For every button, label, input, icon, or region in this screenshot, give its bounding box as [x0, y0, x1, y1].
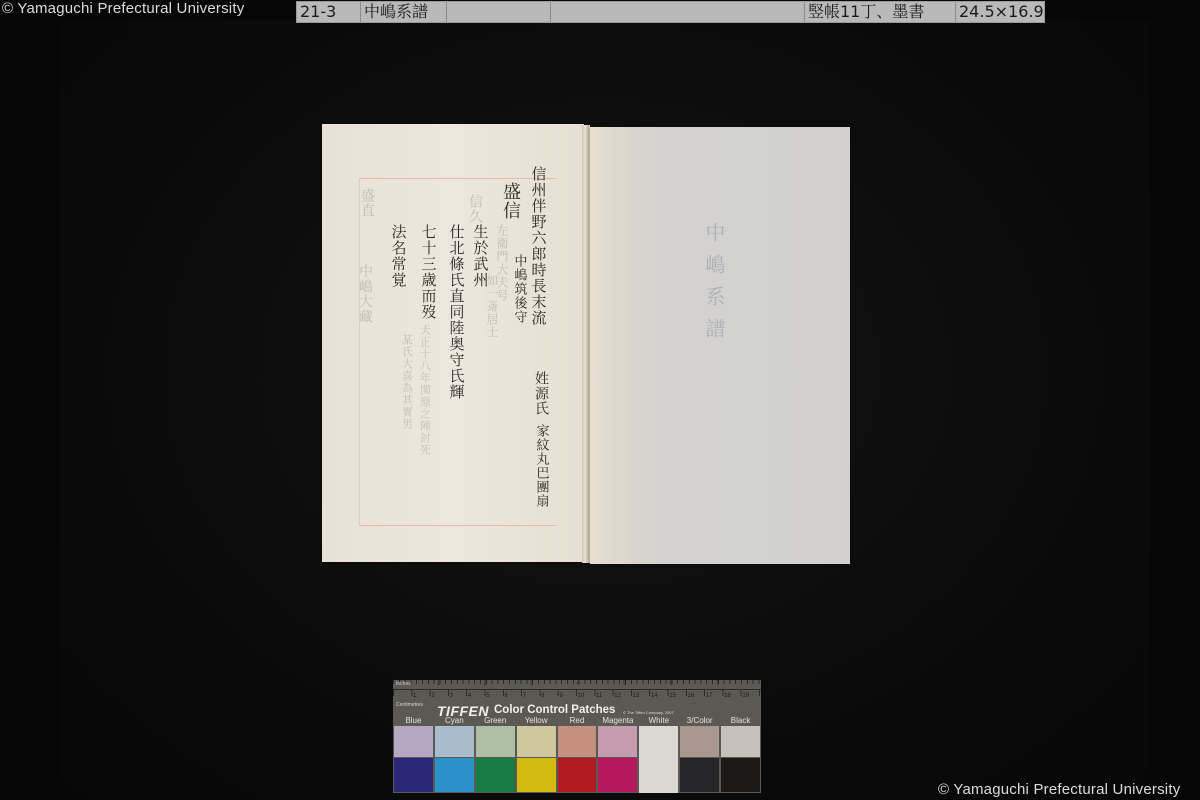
cm-tick-label: 16	[688, 693, 695, 699]
inch-tick-label: 1	[437, 681, 440, 687]
cm-tick-label: 15	[669, 693, 676, 699]
open-book: 盛直中嶋大藏信久左衛門大夫号如一斎居士天正十八年関原之陣討死某氏大喜為其實男信州…	[320, 122, 852, 565]
cm-tick-label: 17	[706, 693, 713, 699]
patch-green-light	[476, 726, 515, 757]
manuscript-column: 生於武州	[471, 224, 492, 288]
patch-black-light	[721, 726, 760, 757]
inch-tick-label: 7	[716, 681, 719, 687]
catalog-cell: 21-3	[297, 2, 361, 22]
patch-3-color-light	[680, 726, 719, 757]
bleed-through-text: 天正十八年関原之陣討死	[417, 324, 433, 456]
patch-label: Black	[720, 716, 761, 725]
color-calibration-card: Inches 12345678 123456789101112131415161…	[393, 680, 761, 793]
centimetres-label: Centimetres	[396, 702, 423, 708]
bleed-through-text: 盛直	[357, 188, 377, 218]
manuscript-column: 家紋丸巴團扇	[532, 424, 551, 508]
catalog-cell: 24.5×16.9	[956, 2, 1044, 22]
cm-tick-label: 9	[559, 693, 562, 699]
patch-magenta-dark	[598, 758, 637, 792]
patch-red-dark	[558, 758, 597, 792]
patch-labels: BlueCyanGreenYellowRedMagentaWhite3/Colo…	[393, 716, 761, 725]
patch-label: Red	[557, 716, 598, 725]
bleed-through-title: 中嶋系譜	[700, 222, 729, 350]
patch-label: Magenta	[597, 716, 638, 725]
book-gutter	[582, 125, 590, 563]
patch-label: Green	[475, 716, 516, 725]
manuscript-column: 信州伴野六郎時長末流	[529, 166, 550, 326]
inch-tick-label: 4	[577, 681, 580, 687]
inch-tick-label: 6	[670, 681, 673, 687]
inch-tick-label: 2	[484, 681, 487, 687]
bleed-through-text: 某氏大喜為其實男	[399, 334, 415, 430]
patch-green-dark	[476, 758, 515, 792]
cm-tick-label: 5	[486, 693, 489, 699]
bleed-through-text: 信久	[465, 194, 485, 224]
patch-3-color-dark	[680, 758, 719, 792]
cm-tick-label: 2	[431, 693, 434, 699]
copyright-top: © Yamaguchi Prefectural University	[2, 0, 244, 17]
catalog-cell	[447, 2, 551, 22]
patch-cyan-light	[435, 726, 474, 757]
catalog-cell: 竪帳11丁、墨書	[805, 2, 956, 22]
color-patches	[393, 726, 761, 793]
manuscript-column: 仕北條氏直同陸奥守氏輝	[447, 224, 468, 400]
inch-tick-label: 3	[530, 681, 533, 687]
cm-tick-label: 13	[633, 693, 640, 699]
left-page: 盛直中嶋大藏信久左衛門大夫号如一斎居士天正十八年関原之陣討死某氏大喜為其實男信州…	[322, 124, 584, 562]
cm-tick-label: 1	[413, 693, 416, 699]
catalog-cell	[551, 2, 805, 22]
patch-label: Cyan	[434, 716, 475, 725]
inch-tick-label: 5	[623, 681, 626, 687]
manuscript-column: 盛信	[497, 182, 523, 220]
catalog-cell: 中嶋系譜	[361, 2, 447, 22]
copyright-bottom: © Yamaguchi Prefectural University	[938, 781, 1180, 798]
cm-tick-label: 19	[742, 693, 749, 699]
patch-cyan-dark	[435, 758, 474, 792]
patch-black-dark	[721, 758, 760, 792]
manuscript-column: 中嶋筑後守	[510, 254, 529, 324]
cm-ruler-numbers: 12345678910111213141516171819	[393, 693, 761, 702]
manuscript-column: 姓源氏	[531, 371, 551, 416]
cm-tick-label: 18	[724, 693, 731, 699]
patch-yellow-dark	[517, 758, 556, 792]
cm-tick-label: 12	[614, 693, 621, 699]
patch-label: Yellow	[516, 716, 557, 725]
patch-yellow-light	[517, 726, 556, 757]
catalog-info-bar: 21-3中嶋系譜竪帳11丁、墨書24.5×16.9	[296, 1, 1045, 23]
cm-tick-label: 8	[541, 693, 544, 699]
manuscript-column: 七十三歳而歿	[419, 224, 440, 320]
cm-tick-label: 4	[468, 693, 471, 699]
patch-magenta-light	[598, 726, 637, 757]
cm-tick-label: 6	[505, 693, 508, 699]
cm-tick-label: 10	[578, 693, 585, 699]
patch-label: 3/Color	[679, 716, 720, 725]
patch-blue-light	[394, 726, 433, 757]
right-page: 中嶋系譜	[590, 127, 850, 564]
bleed-through-text: 中嶋大藏	[355, 264, 375, 324]
cm-tick-label: 14	[651, 693, 658, 699]
manuscript-column: 法名常覚	[389, 224, 410, 288]
cm-tick-label: 7	[523, 693, 526, 699]
patch-label: Blue	[393, 716, 434, 725]
cm-tick-label: 3	[450, 693, 453, 699]
patch-white	[639, 726, 678, 793]
product-title: Color Control Patches	[494, 704, 615, 716]
company-notice: © The Tiffen Company, 2007	[623, 710, 674, 715]
cm-tick-label: 11	[596, 693, 602, 699]
patch-red-light	[558, 726, 597, 757]
patch-blue-dark	[394, 758, 433, 792]
inch-ruler-numbers: 12345678	[393, 681, 761, 690]
patch-label: White	[638, 716, 679, 725]
